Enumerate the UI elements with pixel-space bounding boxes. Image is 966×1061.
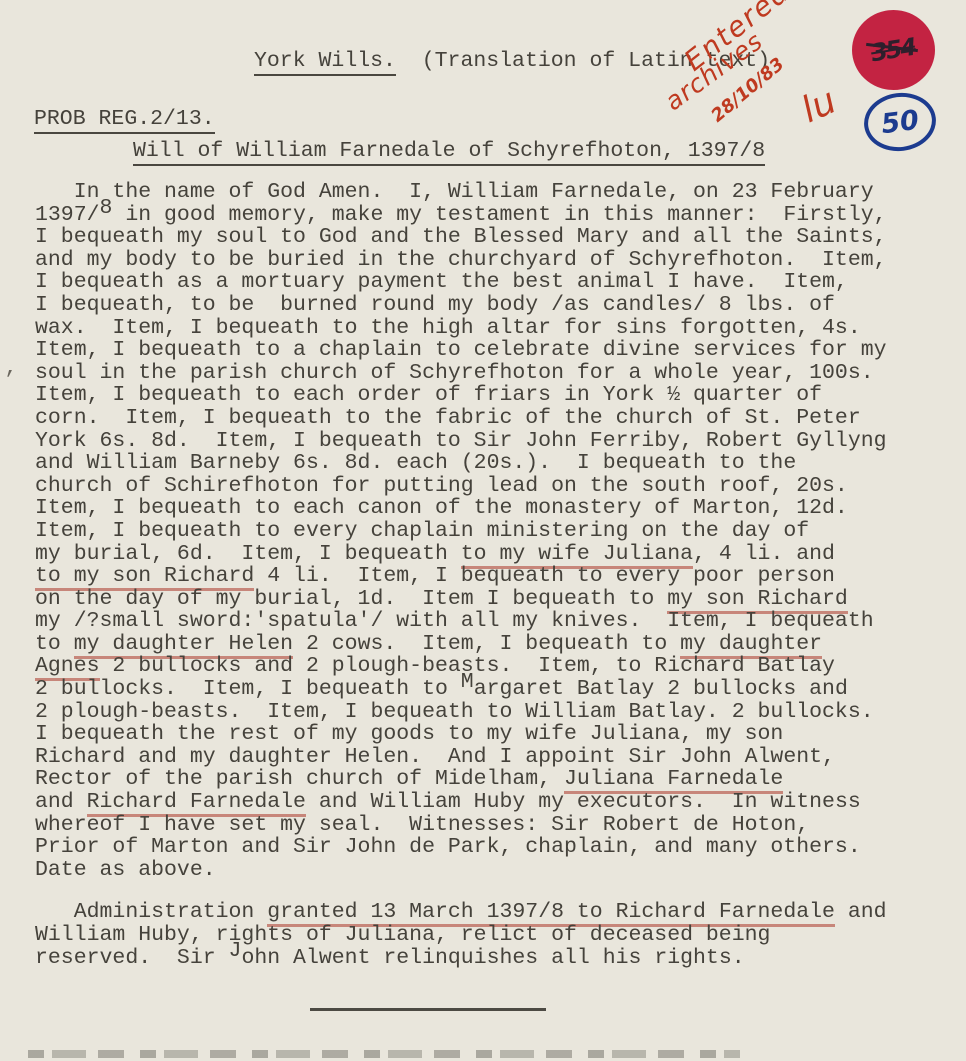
text-line: 2 bullocks. Item, I bequeath to Margaret… xyxy=(35,678,945,701)
text-segment: and William Huby my executors. In witnes… xyxy=(306,790,861,814)
text-segment: ohn Alwent relinquishes all his rights. xyxy=(241,946,744,970)
text-segment: , 4 li. and xyxy=(693,542,835,566)
text-segment: 4 li. Item, I bequeath to every poor per… xyxy=(254,564,835,588)
cutoff-text-band xyxy=(28,1050,740,1058)
blue-circled-number: 50 xyxy=(861,89,940,155)
text-segment: Administration xyxy=(35,900,267,924)
document-title: York Wills. (Translation of Latin text) xyxy=(254,50,770,73)
text-line: Administration granted 13 March 1397/8 t… xyxy=(35,901,945,924)
text-segment: M xyxy=(461,670,474,694)
body-text: In the name of God Amen. I, William Farn… xyxy=(35,181,945,969)
text-segment: in good memory, make my testament in thi… xyxy=(112,203,886,227)
text-line: on the day of my burial, 1d. Item I bequ… xyxy=(35,588,945,611)
text-segment: and my body to be buried in the churchya… xyxy=(35,248,887,272)
circled-number-text: 50 xyxy=(879,104,920,139)
text-segment: Item, I bequeath to every chaplain minis… xyxy=(35,519,809,543)
text-segment: wax. Item, I bequeath to the high altar … xyxy=(35,316,861,340)
text-segment: and xyxy=(835,900,887,924)
text-segment: I bequeath, to be burned round my body /… xyxy=(35,293,835,317)
text-segment: I bequeath as a mortuary payment the bes… xyxy=(35,270,848,294)
text-line: I bequeath the rest of my goods to my wi… xyxy=(35,723,945,746)
text-line: Prior of Marton and Sir John de Park, ch… xyxy=(35,836,945,859)
text-line: my burial, 6d. Item, I bequeath to my wi… xyxy=(35,543,945,566)
text-segment: to xyxy=(35,632,74,656)
text-line: reserved. Sir John Alwent relinquishes a… xyxy=(35,947,945,970)
text-line: Date as above. xyxy=(35,859,945,882)
handwriting-initials: lu xyxy=(796,80,843,131)
text-line: wax. Item, I bequeath to the high altar … xyxy=(35,317,945,340)
text-segment: soul in the parish church of Schyrefhoto… xyxy=(35,361,874,385)
margin-stray-mark: ’ xyxy=(3,368,16,393)
text-line: and Richard Farnedale and William Huby m… xyxy=(35,791,945,814)
text-segment: 2 bullocks. Item, I bequeath to xyxy=(35,677,461,701)
text-segment: I bequeath the rest of my goods to my wi… xyxy=(35,722,783,746)
text-segment: and xyxy=(35,790,87,814)
text-segment: Date as above. xyxy=(35,858,216,882)
text-line: I bequeath my soul to God and the Blesse… xyxy=(35,226,945,249)
text-line: to my daughter Helen 2 cows. Item, I beq… xyxy=(35,633,945,656)
text-segment: 1397/ xyxy=(35,203,100,227)
text-line: to my son Richard 4 li. Item, I bequeath… xyxy=(35,565,945,588)
text-line: 1397/8 in good memory, make my testament… xyxy=(35,204,945,227)
text-line: and my body to be buried in the churchya… xyxy=(35,249,945,272)
reg-ref-text: PROB REG.2/13. xyxy=(34,107,215,134)
text-segment: my burial, 6d. Item, I bequeath xyxy=(35,542,461,566)
text-segment: York 6s. 8d. Item, I bequeath to Sir Joh… xyxy=(35,429,887,453)
text-segment: William Huby, rights of Juliana, relict … xyxy=(35,923,770,947)
paragraph: In the name of God Amen. I, William Farn… xyxy=(35,181,945,881)
title-subtitle: (Translation of Latin text) xyxy=(396,49,770,73)
text-segment: 8 xyxy=(100,196,113,220)
text-line: Item, I bequeath to each order of friars… xyxy=(35,384,945,407)
text-segment: 2 cows. Item, I bequeath to xyxy=(293,632,680,656)
text-line: I bequeath, to be burned round my body /… xyxy=(35,294,945,317)
text-segment: argaret Batlay 2 bullocks and xyxy=(474,677,848,701)
text-line: William Huby, rights of Juliana, relict … xyxy=(35,924,945,947)
text-segment: Rector of the parish church of Midelham, xyxy=(35,767,564,791)
text-line: I bequeath as a mortuary payment the bes… xyxy=(35,271,945,294)
text-line: whereof I have set my seal. Witnesses: S… xyxy=(35,814,945,837)
text-segment: In the name of God Amen. I, William Farn… xyxy=(35,180,874,204)
text-line: corn. Item, I bequeath to the fabric of … xyxy=(35,407,945,430)
text-line: my /?small sword:'spatula'/ with all my … xyxy=(35,610,945,633)
text-line: York 6s. 8d. Item, I bequeath to Sir Joh… xyxy=(35,430,945,453)
text-segment: Item, I bequeath to each canon of the mo… xyxy=(35,496,848,520)
text-segment: 2 plough-beasts. Item, I bequeath to Wil… xyxy=(35,700,874,724)
text-segment: J xyxy=(229,939,242,963)
text-line: and William Barneby 6s. 8d. each (20s.).… xyxy=(35,452,945,475)
text-segment: church of Schirefhoton for putting lead … xyxy=(35,474,848,498)
text-segment: Prior of Marton and Sir John de Park, ch… xyxy=(35,835,861,859)
text-line: soul in the parish church of Schyrefhoto… xyxy=(35,362,945,385)
text-line: Item, I bequeath to a chaplain to celebr… xyxy=(35,339,945,362)
text-segment: on the day of my burial, 1d. Item I bequ… xyxy=(35,587,667,611)
text-line: Agnes 2 bullocks and 2 plough-beasts. It… xyxy=(35,655,945,678)
text-segment: I bequeath my soul to God and the Blesse… xyxy=(35,225,887,249)
end-rule xyxy=(310,1008,546,1011)
text-segment: Richard and my daughter Helen. And I app… xyxy=(35,745,835,769)
scanned-document-page: York Wills. (Translation of Latin text) … xyxy=(0,0,966,1061)
will-heading: Will of William Farnedale of Schyrefhoto… xyxy=(133,140,765,163)
text-line: Richard and my daughter Helen. And I app… xyxy=(35,746,945,769)
text-segment: corn. Item, I bequeath to the fabric of … xyxy=(35,406,861,430)
text-line: 2 plough-beasts. Item, I bequeath to Wil… xyxy=(35,701,945,724)
text-segment: Item, I bequeath to a chaplain to celebr… xyxy=(35,338,887,362)
text-line: In the name of God Amen. I, William Farn… xyxy=(35,181,945,204)
title-main: York Wills. xyxy=(254,49,396,76)
text-segment: whereof I have set my seal. Witnesses: S… xyxy=(35,813,809,837)
text-segment: Item, I bequeath to each order of friars… xyxy=(35,383,822,407)
will-heading-text: Will of William Farnedale of Schyrefhoto… xyxy=(133,139,765,166)
text-line: church of Schirefhoton for putting lead … xyxy=(35,475,945,498)
text-line: Rector of the parish church of Midelham,… xyxy=(35,768,945,791)
text-segment: my /?small sword:'spatula'/ with all my … xyxy=(35,609,874,633)
text-segment: reserved. Sir xyxy=(35,946,229,970)
text-segment: and William Barneby 6s. 8d. each (20s.).… xyxy=(35,451,796,475)
text-line: Item, I bequeath to every chaplain minis… xyxy=(35,520,945,543)
text-line: Item, I bequeath to each canon of the mo… xyxy=(35,497,945,520)
red-circle-sticker: 354 xyxy=(852,10,935,90)
probate-register-reference: PROB REG.2/13. xyxy=(34,108,215,131)
paragraph: Administration granted 13 March 1397/8 t… xyxy=(35,901,945,969)
